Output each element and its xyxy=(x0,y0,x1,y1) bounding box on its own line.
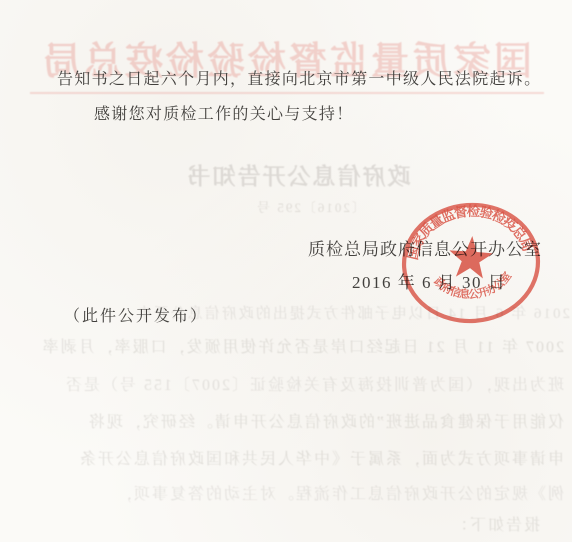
body-line-thanks: 感谢您对质检工作的关心与支持！ xyxy=(94,101,354,124)
bleedthrough-line: 例》规定的公开政府信息工作流程。对主动的答复事项， xyxy=(22,481,564,504)
bleedthrough-doc-number: 〔2016〕295 号 xyxy=(240,197,380,216)
bleedthrough-line: 报告如下： xyxy=(420,512,540,535)
star-icon xyxy=(448,235,494,281)
document-page: 国家质量监督检验检疫总局 政府信息公开告知书 〔2016〕295 号 2016 … xyxy=(0,0,572,542)
release-note: （此件公开发布） xyxy=(64,303,208,326)
seal-bottom-text: 政府信息公开办公室 xyxy=(431,268,516,304)
svg-text:政府信息公开办公室: 政府信息公开办公室 xyxy=(431,268,516,304)
bleedthrough-line: 仅能用于保健食品进班”的政府信息公开申请。经研究，现将 xyxy=(22,409,564,432)
body-line-court: 告知书之日起六个月内，直接向北京市第一中级人民法院起诉。 xyxy=(57,66,541,89)
bleedthrough-red-rule xyxy=(30,92,544,94)
official-seal: 国家质量监督检验检疫总局 政府信息公开办公室 xyxy=(395,195,547,331)
bleedthrough-line: 申请事项方式为面，系属于《中华人民共和国政府信息公开条 xyxy=(22,446,564,469)
bleedthrough-line: 班为出现，（国为普训投海及有关检验证〔2007〕155 号）是否 xyxy=(22,372,564,395)
bleedthrough-line: 2007 年 11 月 21 日起经口岸是否允许使用颁发，口服率，月剥率 xyxy=(22,334,564,357)
bleedthrough-doc-title: 政府信息公开告知书 xyxy=(176,158,420,191)
